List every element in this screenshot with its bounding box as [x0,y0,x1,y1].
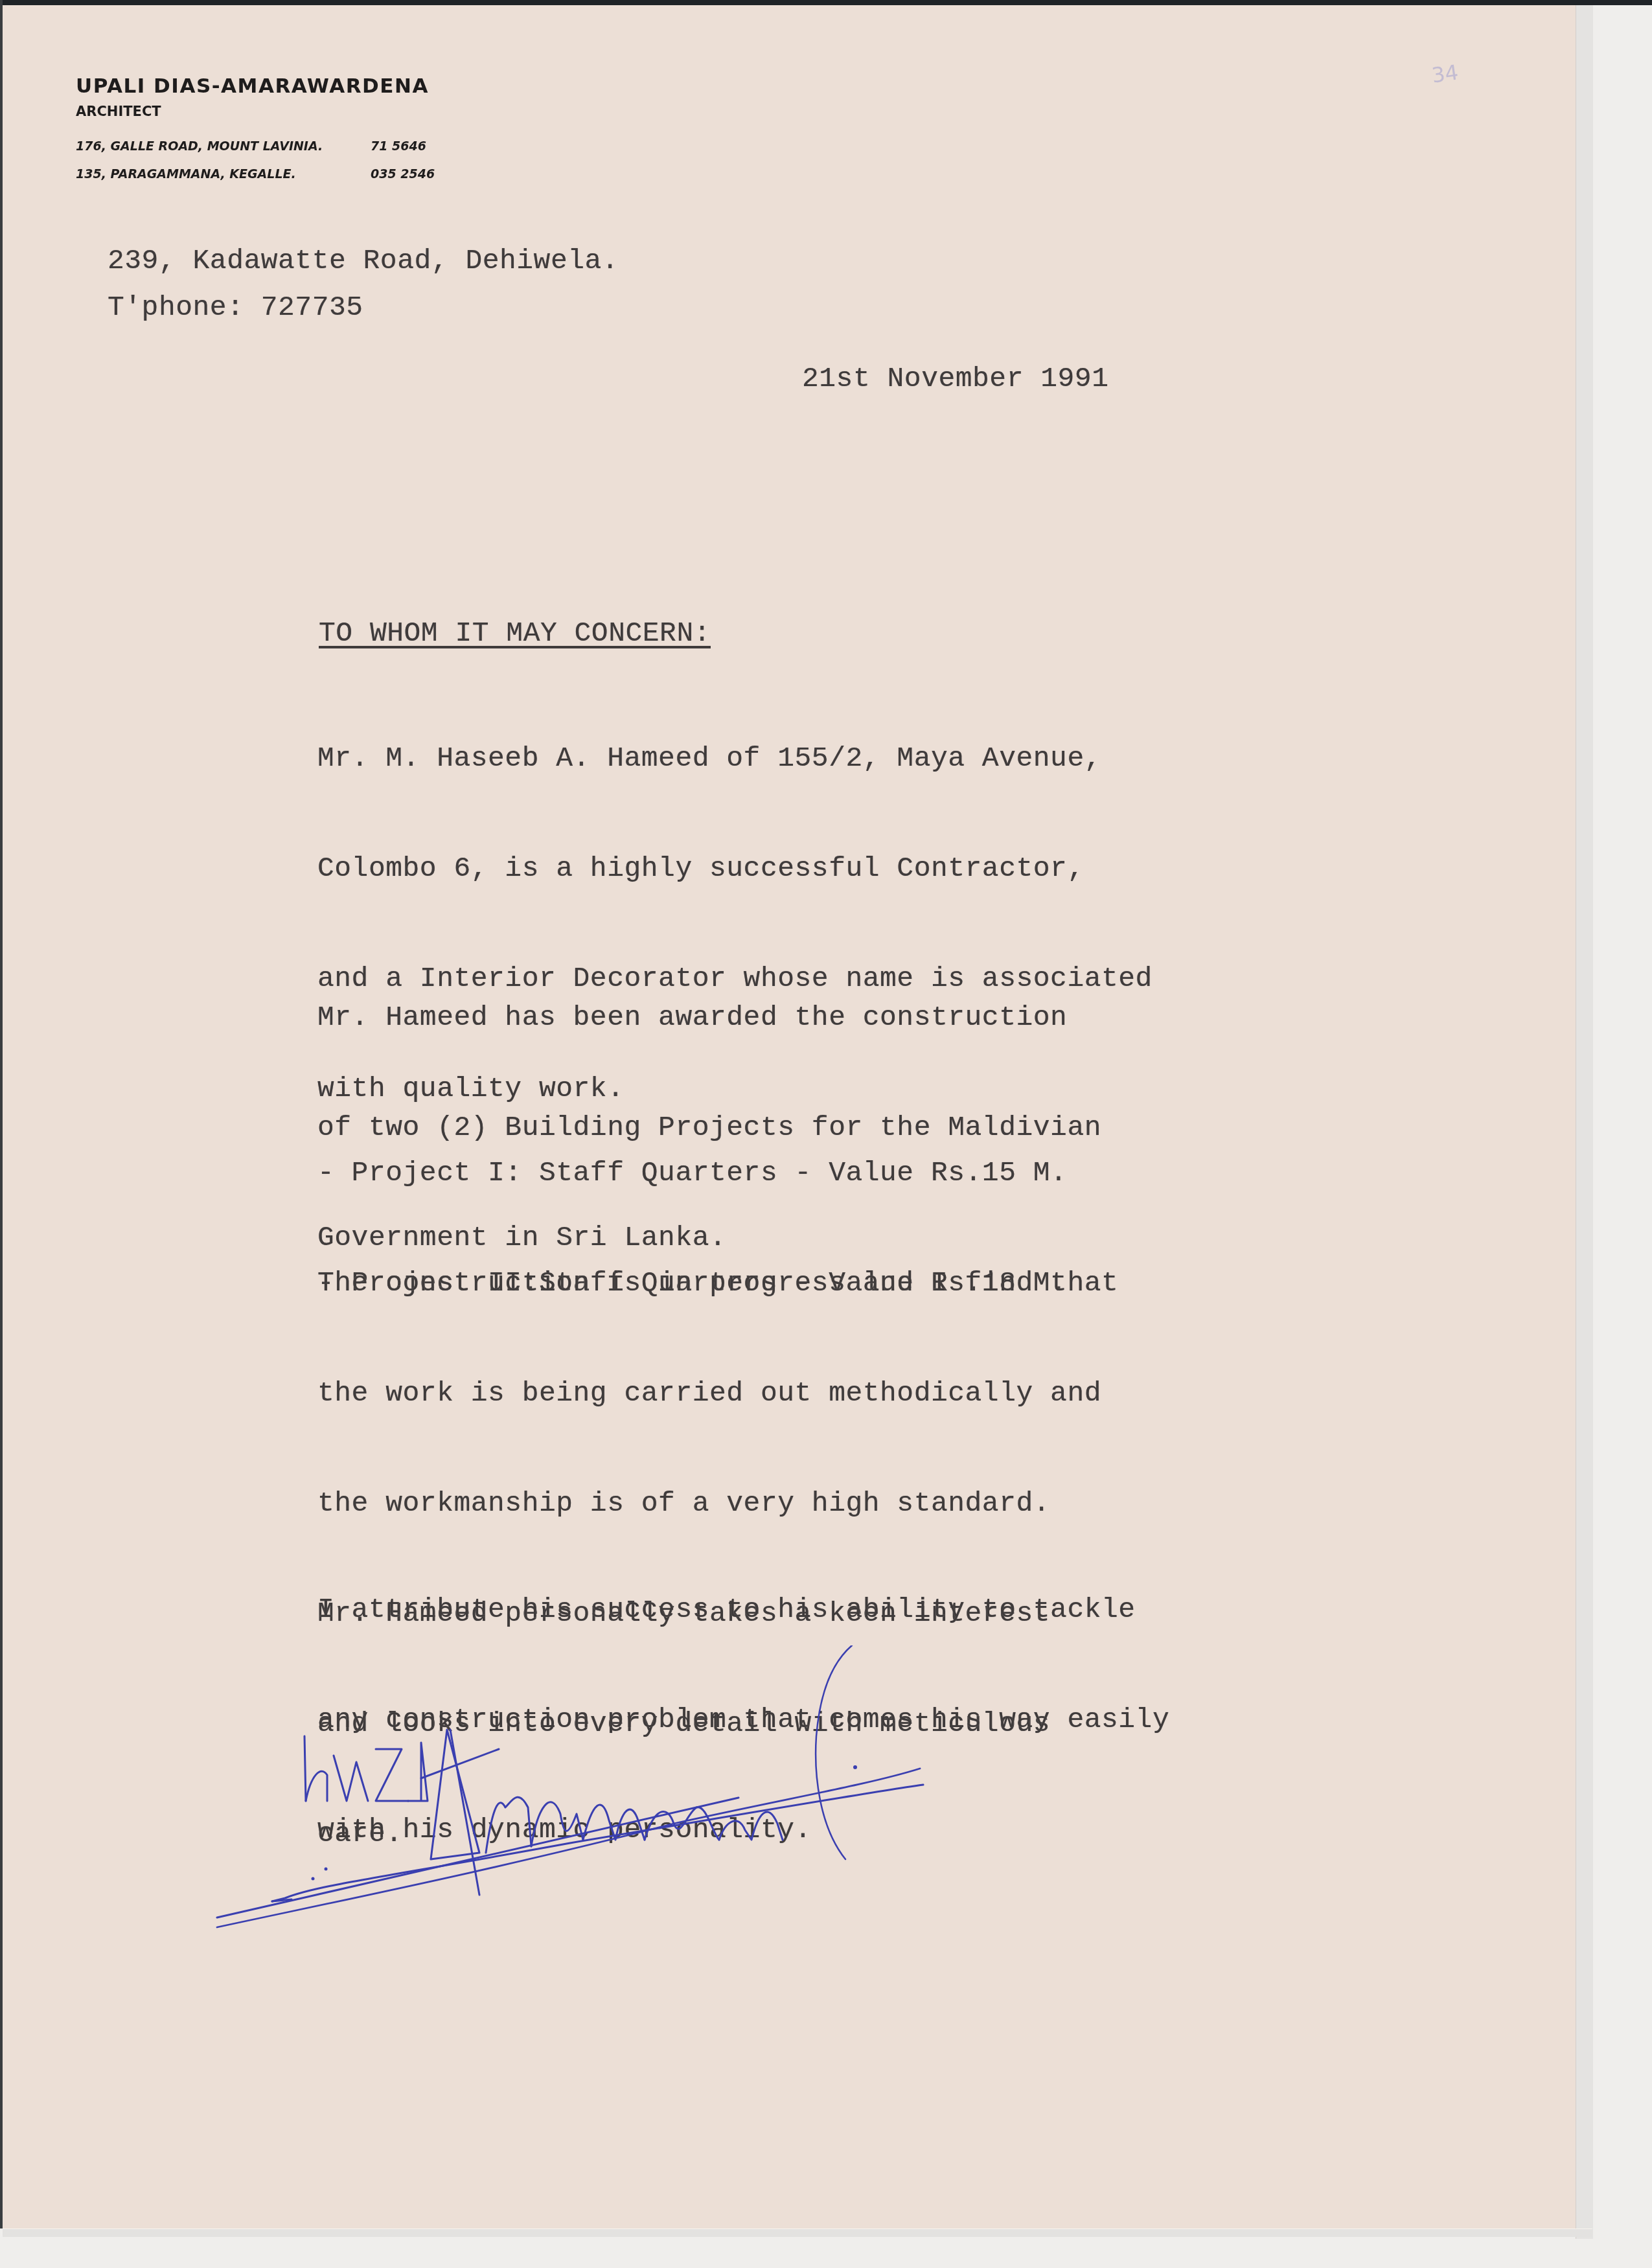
letterhead-name: UPALI DIAS-AMARAWARDENA [76,74,429,98]
letterhead-title: ARCHITECT [76,104,161,119]
pencil-margin-mark: 34 [1430,60,1460,87]
text-line: Mr. Hameed has been awarded the construc… [317,1002,1101,1048]
text-line: The construction is in progress and I fi… [317,1267,1118,1314]
letterhead-address-line: 176, GALLE ROAD, MOUNT LAVINIA. 71 5646 [76,139,323,154]
text-line: I attribute his success to his ability t… [317,1594,1169,1640]
letter-date: 21st November 1991 [802,363,1108,395]
sender-phone: T'phone: 727735 [108,292,363,323]
paper-edge-right [1576,5,1593,2239]
letterhead-address: 135, PARAGAMMANA, KEGALLE. [76,167,296,181]
project-item: - Project I: Staff Quarters - Value Rs.1… [317,1157,1067,1204]
sender-address: 239, Kadawatte Road, Dehiwela. [108,245,619,277]
handwritten-signature [207,1645,985,1943]
letterhead-phone: 71 5646 [371,139,426,154]
letterhead-phone: 035 2546 [371,167,435,181]
salutation: TO WHOM IT MAY CONCERN: [319,617,711,649]
letterhead-address-line: 135, PARAGAMMANA, KEGALLE. 035 2546 [76,167,296,181]
paper-edge-bottom [3,2228,1592,2237]
text-line: Colombo 6, is a highly successful Contra… [317,853,1153,899]
scanner-border-top [0,0,1652,5]
letterhead-address: 176, GALLE ROAD, MOUNT LAVINIA. [76,139,323,154]
text-line: Mr. M. Haseeb A. Hameed of 155/2, Maya A… [317,742,1153,789]
text-line: the workmanship is of a very high standa… [317,1487,1118,1534]
text-line: the work is being carried out methodical… [317,1377,1118,1424]
